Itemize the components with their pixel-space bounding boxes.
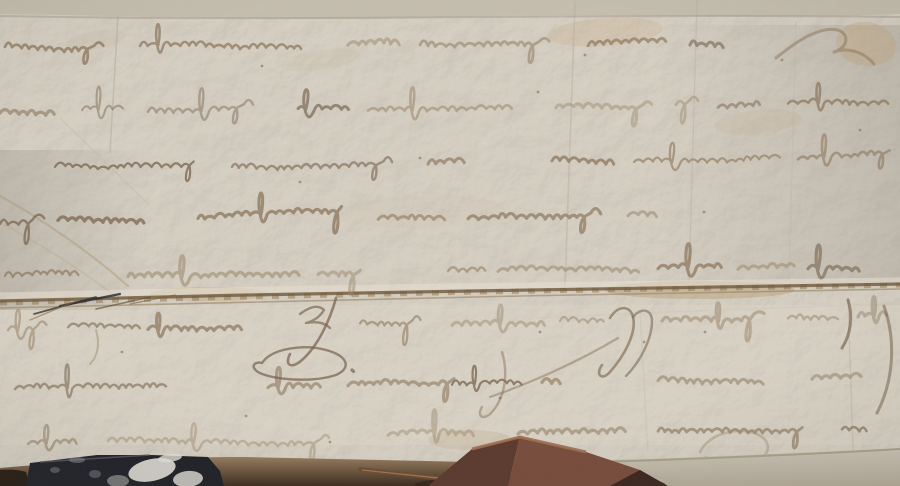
- photo-grain-overlay: [0, 0, 900, 486]
- manuscript-photograph: [0, 0, 900, 486]
- manuscript-photo-canvas: [0, 0, 900, 486]
